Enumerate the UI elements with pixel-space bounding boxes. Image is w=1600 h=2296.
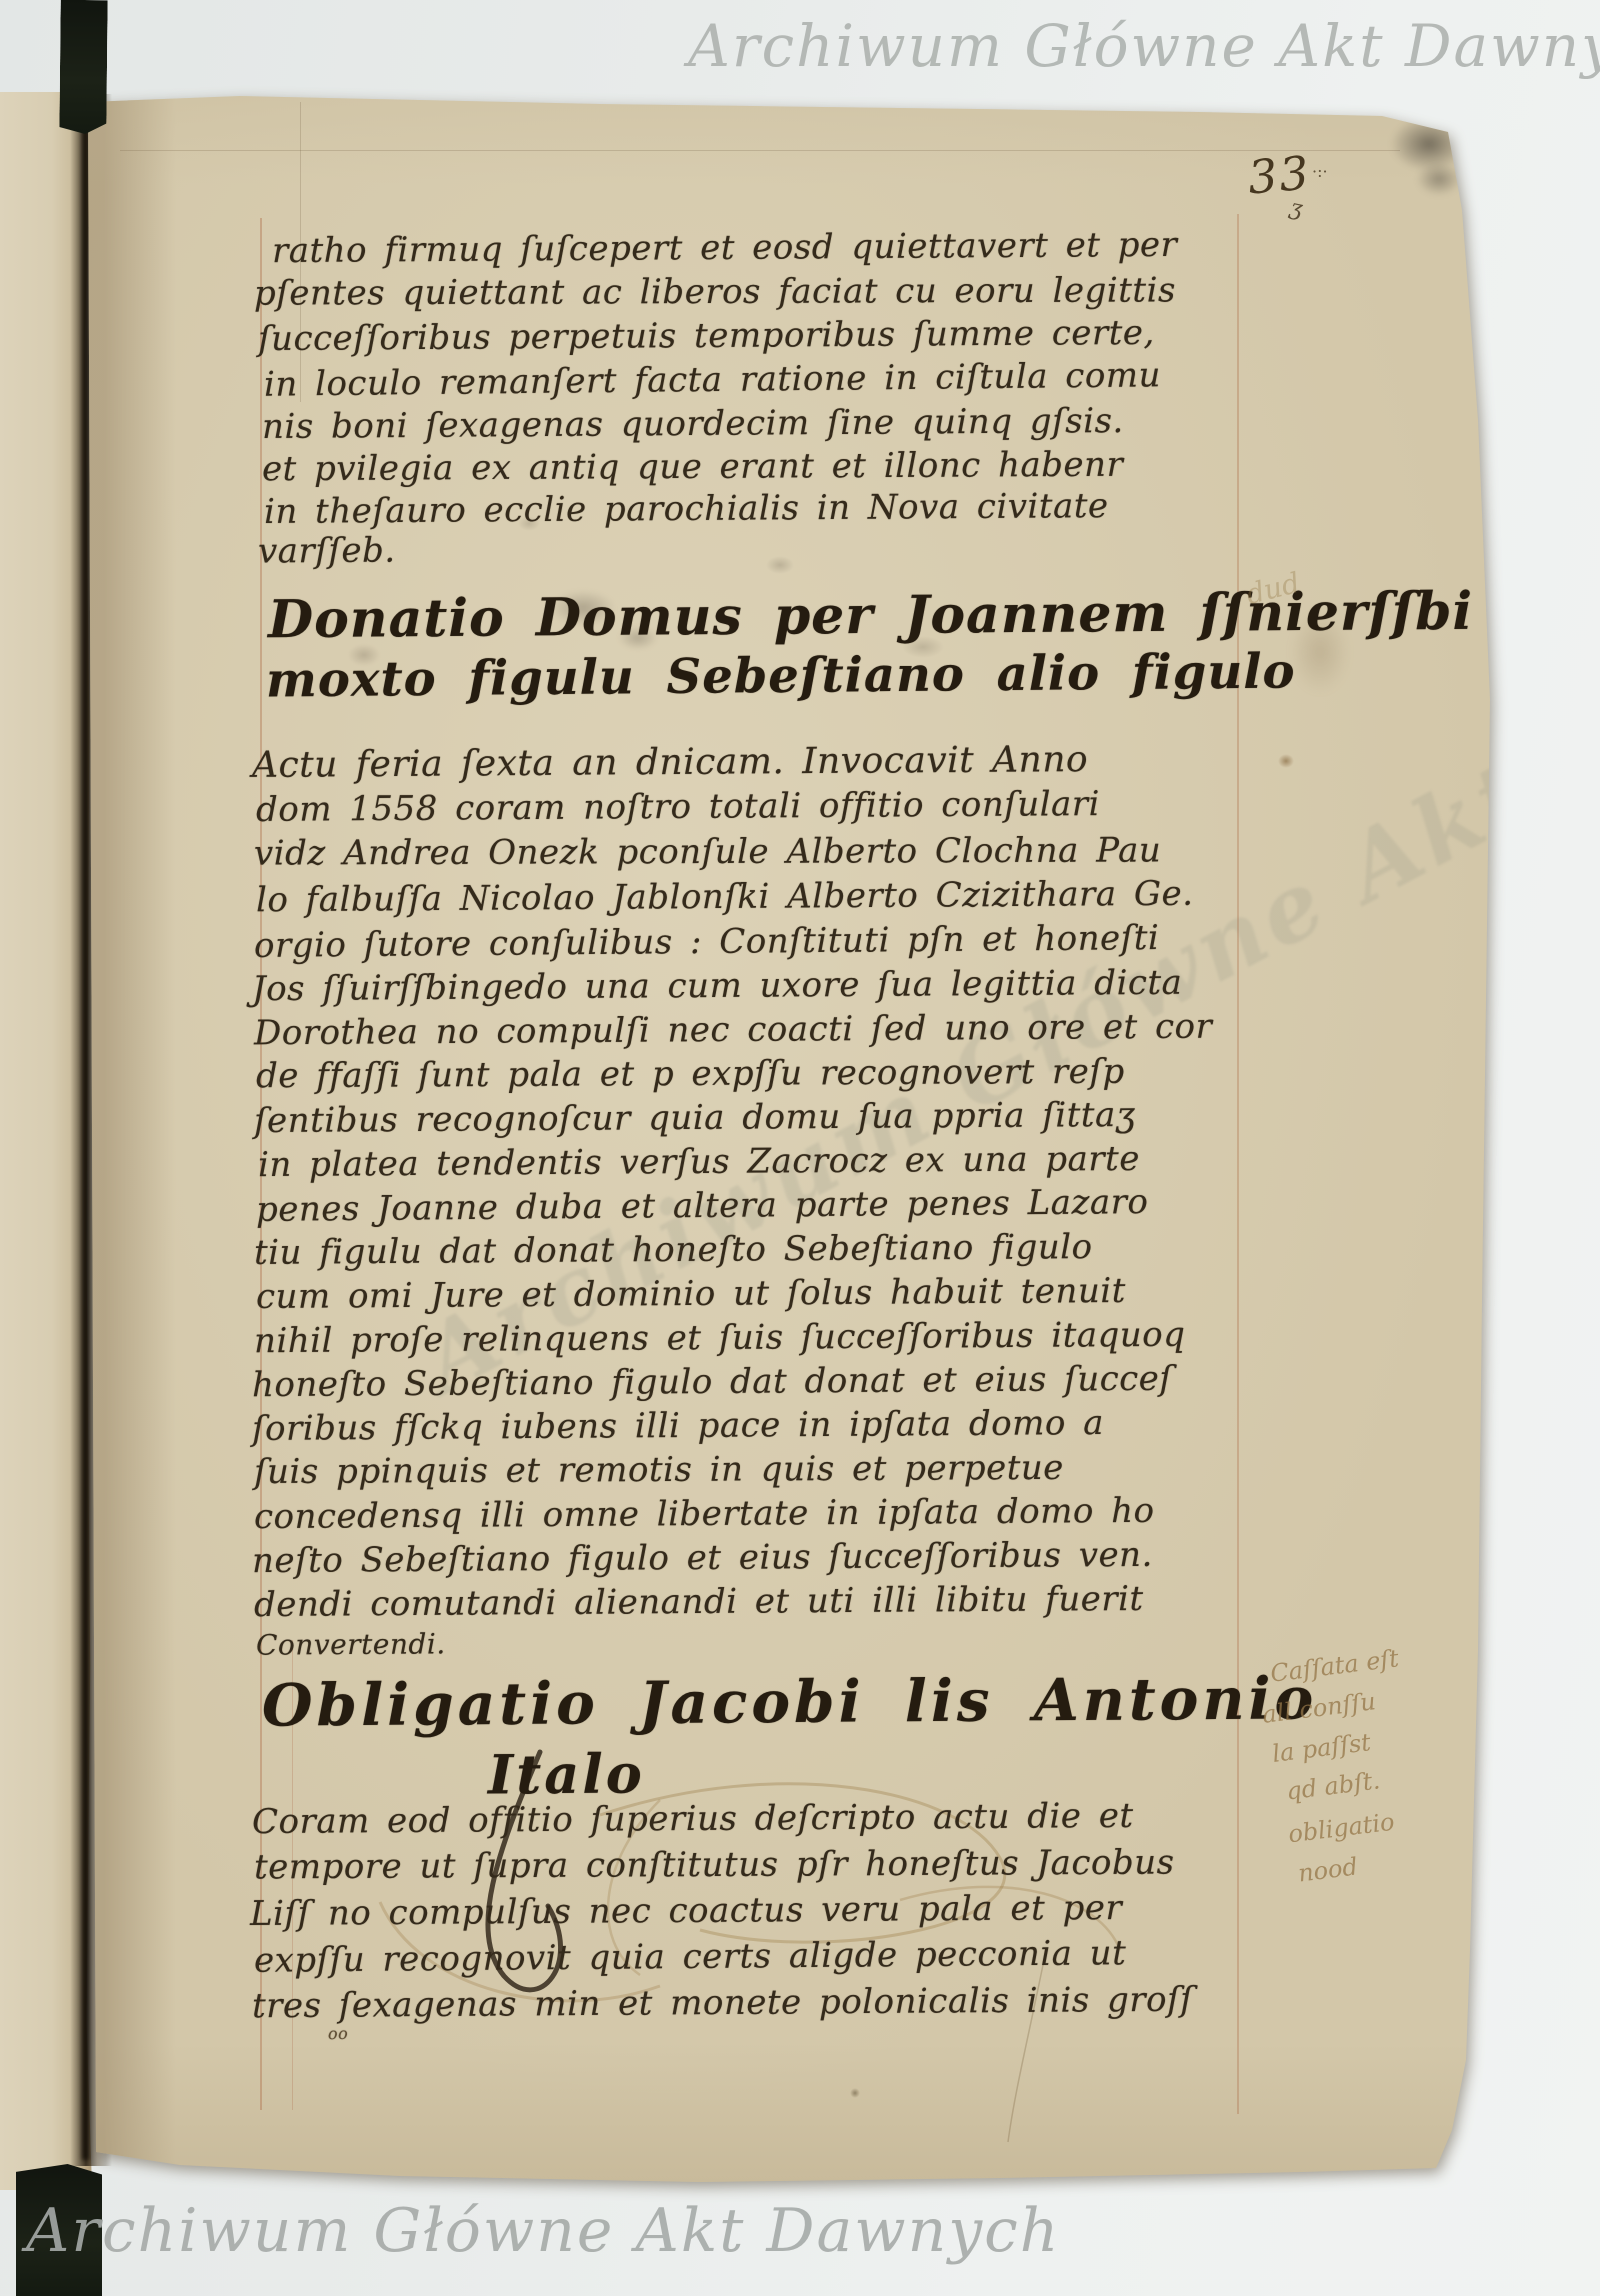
manuscript-line: Dorothea no compulſi nec coacti ſed uno …: [254, 1007, 1213, 1054]
manuscript-line: dendi comutandi alienandi et uti illi li…: [254, 1579, 1144, 1625]
ink-spot: [850, 2088, 860, 2098]
margin-note-line: la paſſst: [1271, 1728, 1373, 1768]
manuscript-line: ſoribus fſckq iubens illi pace in ipſata…: [252, 1403, 1104, 1449]
margin-note-line: nood: [1297, 1852, 1360, 1887]
margin-ruling-right: [1237, 214, 1239, 2114]
manuscript-line: in loculo remanſert facta ratione in ciſ…: [264, 355, 1161, 404]
manuscript-page: Archiwum Główne Akt Dawnych 33 ·:·: [0, 0, 1600, 2296]
margin-note-line: Caſſata eſt: [1269, 1644, 1401, 1688]
margin-note-line: qd abſt.: [1285, 1766, 1382, 1805]
manuscript-line: Jos ſſuirſſbingedo una cum uxore ſua leg…: [252, 963, 1183, 1009]
entry-heading-donatio-line2: moxto figulu Sebeſtiano alio figulo: [266, 644, 1296, 709]
manuscript-page-wrapper: Archiwum Główne Akt Dawnych 33 ·:·: [0, 0, 1600, 2296]
manuscript-line: et pvilegia ex antiq que erant et illonc…: [262, 445, 1123, 490]
manuscript-line: expſſu recognovit quia certs aligde pecc…: [254, 1933, 1127, 1981]
fold-crease-horizontal: [120, 150, 1400, 151]
manuscript-line: ratho firmuq ſuſcepert et eosd quiettave…: [272, 225, 1178, 271]
manuscript-line: in theſauro ecclie parochialis in Nova c…: [264, 486, 1109, 532]
manuscript-line: dom 1558 coram noſtro totali offitio con…: [256, 784, 1100, 830]
manuscript-line: varſſeb.: [258, 531, 396, 572]
manuscript-line: concedensq illi omne libertate in ipſata…: [254, 1491, 1155, 1537]
manuscript-line: nis boni ſexagenas quordecim ſine quinq …: [262, 401, 1124, 447]
entry-heading-obligatio: Obligatio Jacobi lis Antonio: [262, 1664, 1318, 1739]
entry-heading-obligatio-line2: Italo: [488, 1741, 645, 1806]
corner-smudge: [1416, 162, 1462, 196]
binding-tape-top: [59, 0, 107, 134]
manuscript-line: pſentes quiettant ac liberos faciat cu e…: [254, 270, 1176, 313]
manuscript-line: de ffaſſi ſunt pala et p expſſu recognov…: [256, 1052, 1125, 1097]
archive-watermark-bottom: Archiwum Główne Akt Dawnych: [26, 2196, 1060, 2266]
manuscript-line: ſucceſſoribus perpetuis temporibus ſumme…: [258, 313, 1155, 359]
manuscript-line: honeſto Sebeſtiano figulo dat donat et e…: [252, 1359, 1173, 1405]
manuscript-line: nihil proſe relinquens et ſuis ſucceſſor…: [254, 1315, 1186, 1362]
manuscript-line: neſto Sebeſtiano figulo et eius ſucceſſo…: [252, 1535, 1153, 1581]
manuscript-line: ſuis ppinquis et remotis in quis et perp…: [254, 1448, 1064, 1492]
manuscript-line: Coram eod offitio ſuperius deſcripto act…: [252, 1796, 1134, 1842]
page-number-dots: ·:·: [1312, 162, 1328, 181]
manuscript-line: in platea tendentis verſus Zacrocz ex un…: [258, 1139, 1140, 1185]
manuscript-line: tempore ut ſupra conſtitutus pſr honeſtu…: [254, 1843, 1175, 1888]
stain: [766, 556, 794, 574]
manuscript-line: vidz Andrea Onezk pconſule Alberto Cloch…: [254, 830, 1161, 873]
manuscript-line: Liſſ no compulſus nec coactus veru pala …: [250, 1888, 1122, 1934]
manuscript-line: cum omi Jure et dominio ut ſolus habuit …: [256, 1271, 1126, 1317]
entry-end-mark: oo: [328, 2024, 348, 2043]
page-number: 33: [1246, 145, 1313, 204]
manuscript-line: orgio ſutore conſulibus : Conſtituti pſn…: [254, 918, 1160, 966]
margin-note-line: obligatio: [1287, 1808, 1396, 1849]
manuscript-line: Convertendi.: [256, 1627, 446, 1661]
manuscript-line: Actu feria ſexta an dnicam. Invocavit An…: [252, 739, 1088, 786]
manuscript-line: penes Joanne duba et altera parte penes …: [256, 1182, 1149, 1230]
ink-spot: [1278, 754, 1294, 768]
manuscript-line: lo falbuſſa Nicolao Jablonſki Alberto Cz…: [256, 874, 1194, 921]
manuscript-line: ſentibus recognoſcur quia domu ſua ppria…: [254, 1095, 1136, 1141]
manuscript-line: tiu figulu dat donat honeſto Sebeſtiano …: [254, 1227, 1093, 1273]
scan-background: Archiwum Główne Akt Dawnych Archiwum Głó…: [0, 0, 1600, 2296]
manuscript-line: tres ſexagenas min et monete polonicalis…: [252, 1980, 1193, 2027]
